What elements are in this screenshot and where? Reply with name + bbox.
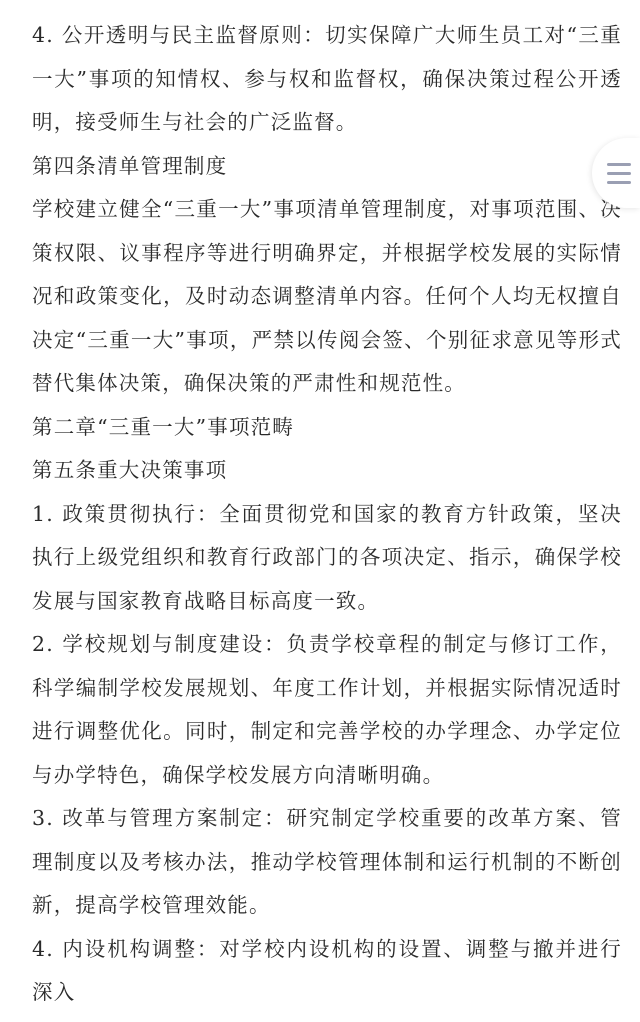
paragraph-item-1: 1. 政策贯彻执行：全面贯彻党和国家的教育方针政策，坚决执行上级党组织和教育行政… — [32, 493, 622, 624]
menu-icon-line — [607, 181, 631, 184]
menu-icon-line — [607, 172, 631, 175]
document-body: 4. 公开透明与民主监督原则：切实保障广大师生员工对“三重一大”事项的知情权、参… — [32, 14, 622, 1015]
paragraph-principle-4: 4. 公开透明与民主监督原则：切实保障广大师生员工对“三重一大”事项的知情权、参… — [32, 14, 622, 145]
paragraph-item-2: 2. 学校规划与制度建设：负责学校章程的制定与修订工作，科学编制学校发展规划、年… — [32, 623, 622, 797]
article-4-heading: 第四条清单管理制度 — [32, 145, 622, 189]
article-5-heading: 第五条重大决策事项 — [32, 449, 622, 493]
paragraph-article-4: 学校建立健全“三重一大”事项清单管理制度，对事项范围、决策权限、议事程序等进行明… — [32, 188, 622, 406]
chapter-2-heading: 第二章“三重一大”事项范畴 — [32, 406, 622, 450]
paragraph-item-4: 4. 内设机构调整：对学校内设机构的设置、调整与撤并进行深入 — [32, 928, 622, 1015]
menu-icon-line — [607, 163, 631, 166]
paragraph-item-3: 3. 改革与管理方案制定：研究制定学校重要的改革方案、管理制度以及考核办法，推动… — [32, 797, 622, 928]
menu-icon — [607, 163, 631, 184]
